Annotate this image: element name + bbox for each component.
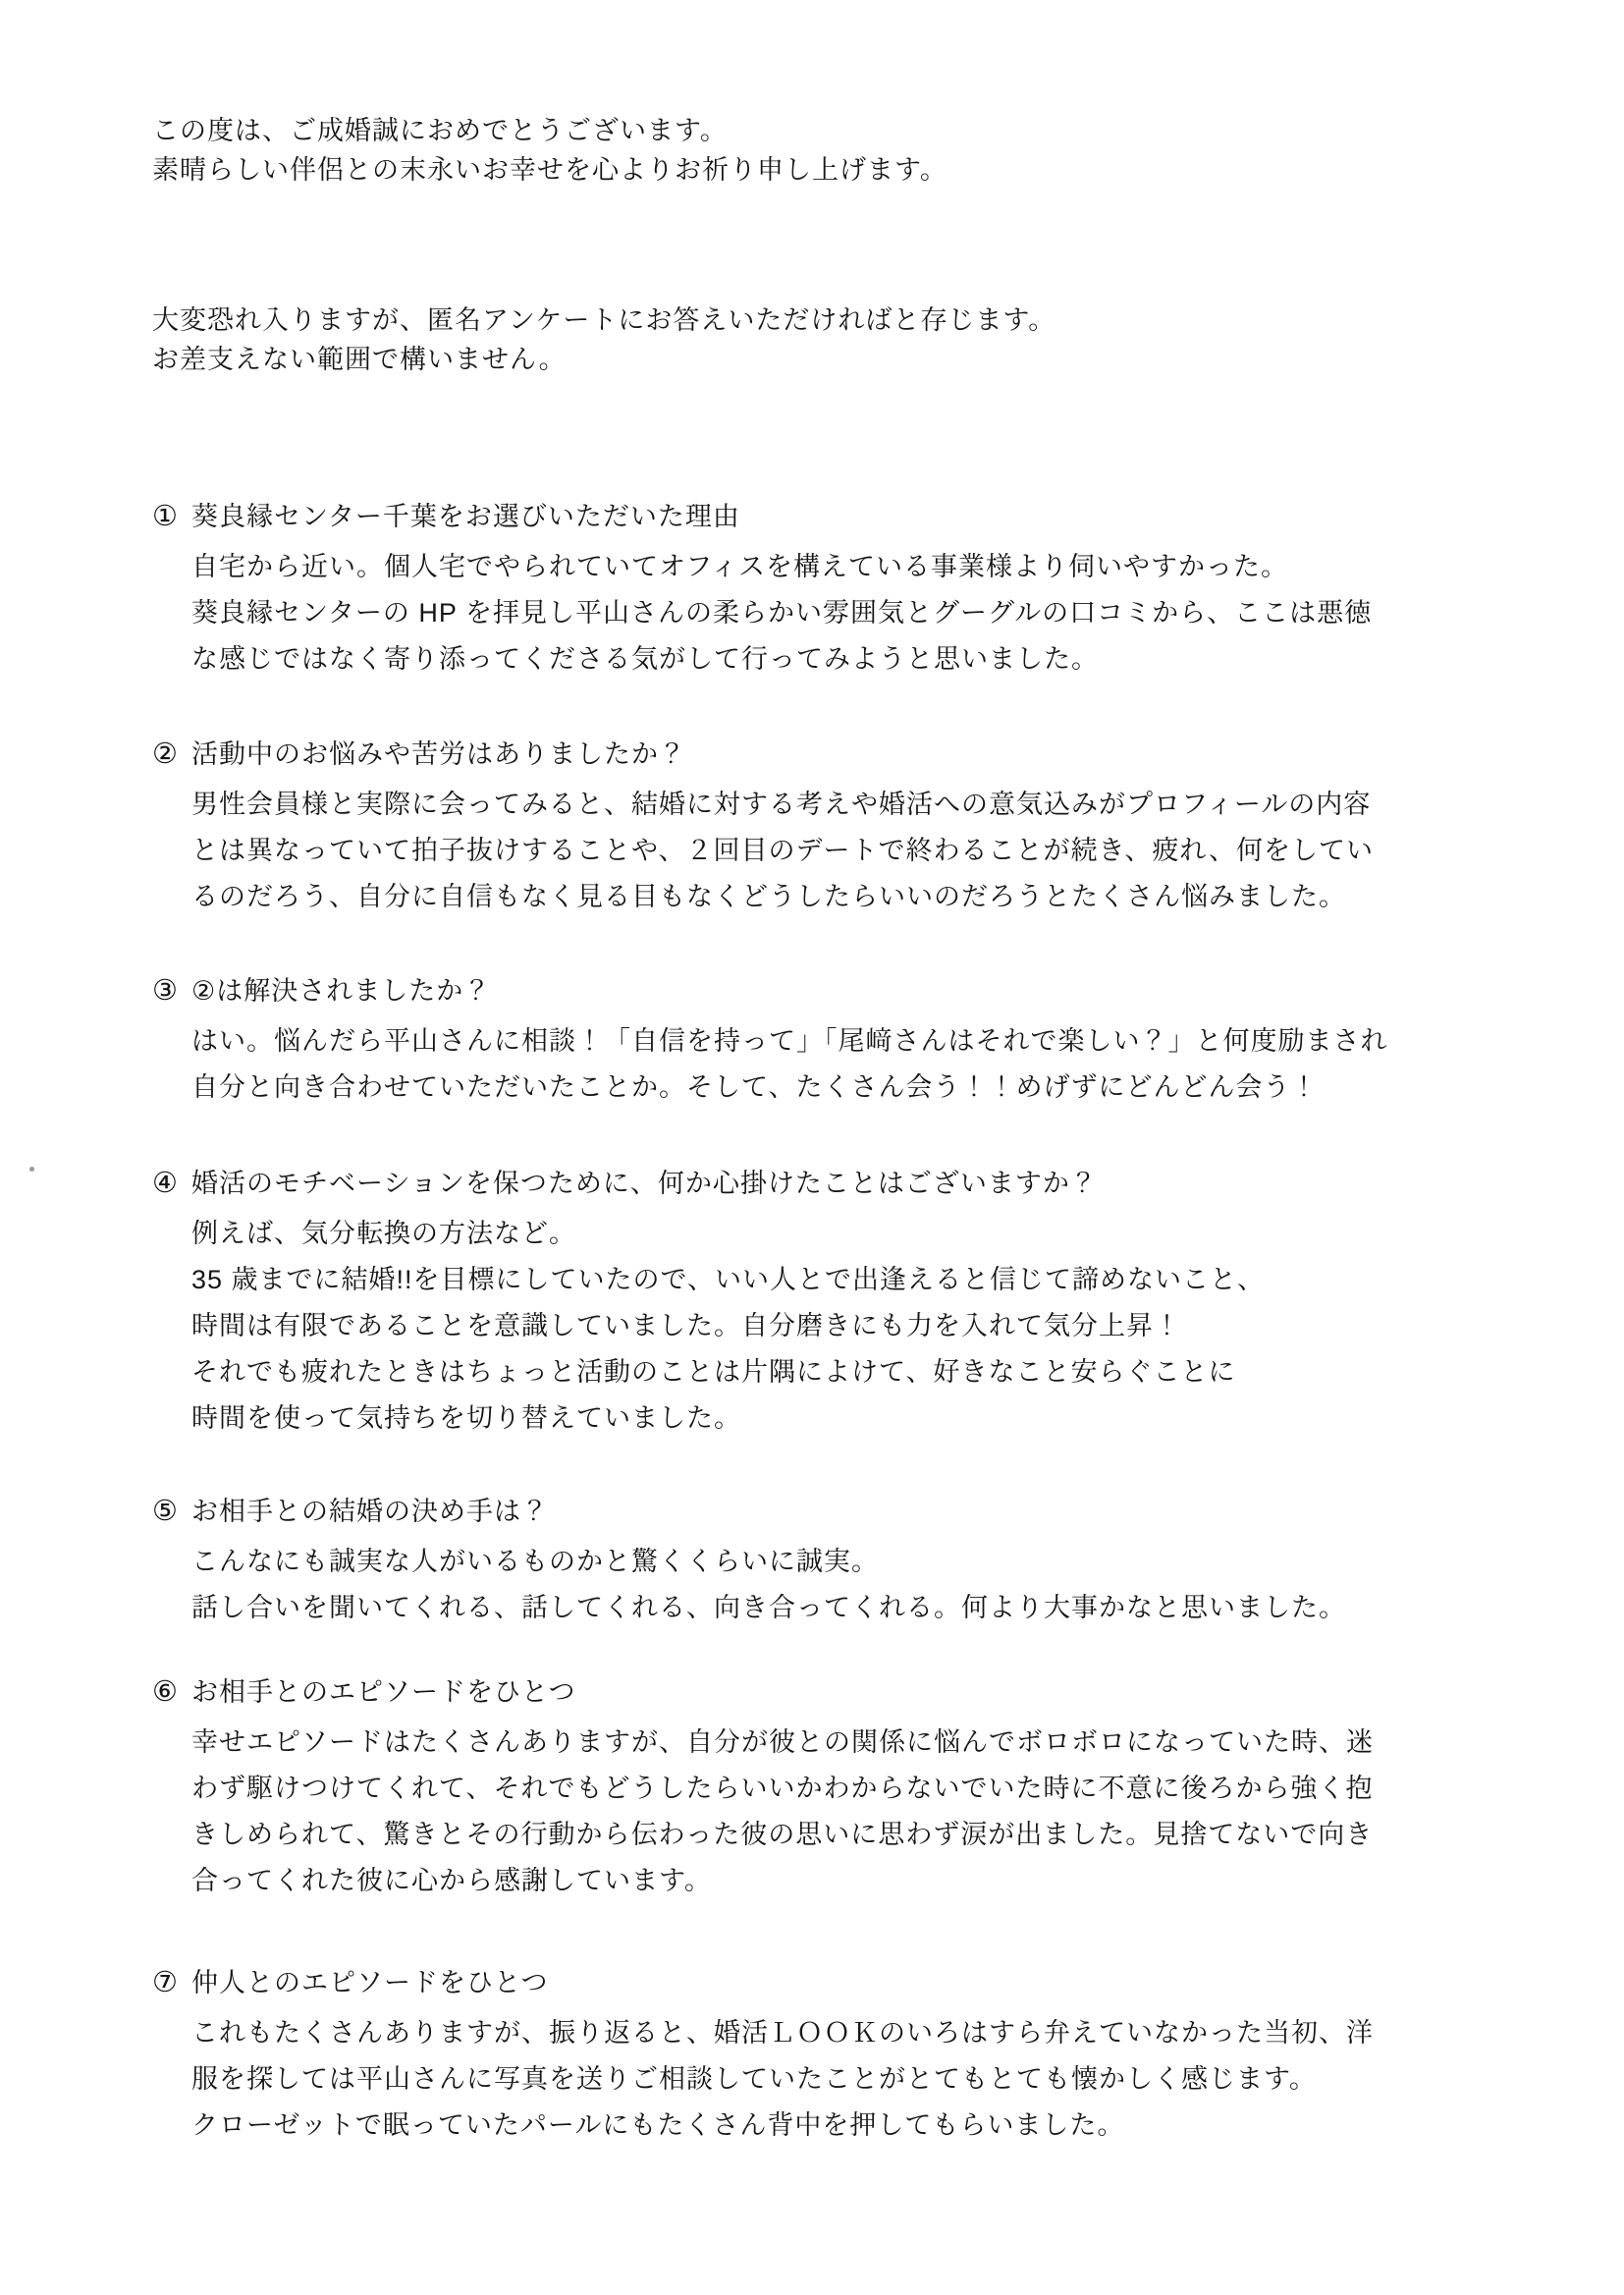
question-block-5: ⑤ お相手との結婚の決め手は？ こんなにも誠実な人がいるものかと驚くくらいに誠実… [152, 1489, 1346, 1631]
answer-line: これもたくさんありますが、振り返ると、婚活ＬＯＯＫのいろはすら弁えていなかった当… [191, 2010, 1374, 2056]
answer-line: な感じではなく寄り添ってくださる気がして行ってみようと思いました。 [191, 636, 1372, 683]
question-text: 仲人とのエピソードをひとつ [191, 1960, 548, 2006]
answer-line: 時間を使って気持ちを切り替えていました。 [191, 1395, 1265, 1442]
answer-line: 自宅から近い。個人宅でやられていてオフィスを構えている事業様より伺いやすかった。 [191, 544, 1372, 590]
question-text: 活動中のお悩みや苦労はありましたか？ [191, 732, 686, 778]
question-block-4: ④ 婚活のモチベーションを保つために、何か心掛けたことはございますか？ 例えば、… [152, 1161, 1265, 1442]
answer-line: 例えば、気分転換の方法など。 [191, 1211, 1265, 1257]
answer-line: 35 歳までに結婚!!を目標にしていたので、いい人とで出逢えると信じて諦めないこ… [191, 1257, 1265, 1303]
question-text: ②は解決されましたか？ [191, 968, 491, 1014]
question-block-3: ③ ②は解決されましたか？ はい。悩んだら平山さんに相談！「自信を持って」「尾﨑… [152, 968, 1388, 1111]
answer-line: 男性会員様と実際に会ってみると、結婚に対する考えや婚活への意気込みがプロフィール… [191, 782, 1374, 828]
question-text: お相手との結婚の決め手は？ [191, 1489, 549, 1535]
answer-line: 服を探しては平山さんに写真を送りご相談していたことがとてもとても懐かしく感じます… [191, 2056, 1374, 2103]
question-header: ⑦ 仲人とのエピソードをひとつ [152, 1960, 1374, 2006]
question-block-6: ⑥ お相手とのエピソードをひとつ 幸せエピソードはたくさんありますが、自分が彼と… [152, 1669, 1374, 1904]
question-number: ② [152, 732, 191, 778]
answer-line: はい。悩んだら平山さんに相談！「自信を持って」「尾﨑さんはそれで楽しい？」と何度… [191, 1018, 1388, 1065]
question-header: ⑤ お相手との結婚の決め手は？ [152, 1489, 1346, 1535]
answer-line: とは異なっていて拍子抜けすることや、２回目のデートで終わることが続き、疲れ、何を… [191, 828, 1374, 874]
answer-line: 話し合いを聞いてくれる、話してくれる、向き合ってくれる。何より大事かなと思いまし… [191, 1585, 1346, 1631]
question-block-2: ② 活動中のお悩みや苦労はありましたか？ 男性会員様と実際に会ってみると、結婚に… [152, 732, 1374, 920]
request-line: 大変恐れ入りますが、匿名アンケートにお答えいただければと存じます。 [152, 301, 1056, 340]
question-text: お相手とのエピソードをひとつ [191, 1669, 575, 1716]
congratulations-paragraph: この度は、ご成婚誠におめでとうございます。 素晴らしい伴侶との末永いお幸せを心よ… [152, 111, 947, 190]
question-text: 婚活のモチベーションを保つために、何か心掛けたことはございますか？ [191, 1161, 1098, 1207]
answer-line: それでも疲れたときはちょっと活動のことは片隅によけて、好きなこと安らぐことに [191, 1349, 1265, 1395]
question-text: 葵良縁センター千葉をお選びいただいた理由 [191, 494, 740, 540]
answer-line: クローゼットで眠っていたパールにもたくさん背中を押してもらいました。 [191, 2103, 1374, 2149]
answer-text: 幸せエピソードはたくさんありますが、自分が彼との関係に悩んでボロボロになっていた… [191, 1720, 1374, 1904]
survey-request-paragraph: 大変恐れ入りますが、匿名アンケートにお答えいただければと存じます。 お差支えない… [152, 301, 1056, 379]
question-header: ① 葵良縁センター千葉をお選びいただいた理由 [152, 494, 1372, 540]
answer-text: 自宅から近い。個人宅でやられていてオフィスを構えている事業様より伺いやすかった。… [191, 544, 1372, 683]
question-number: ⑥ [152, 1669, 191, 1716]
answer-line: 幸せエピソードはたくさんありますが、自分が彼との関係に悩んでボロボロになっていた… [191, 1720, 1374, 1766]
answer-text: 例えば、気分転換の方法など。 35 歳までに結婚!!を目標にしていたので、いい人… [191, 1211, 1265, 1442]
answer-line: わず駆けつけてくれて、それでもどうしたらいいかわからないでいた時に不意に後ろから… [191, 1766, 1374, 1812]
question-header: ③ ②は解決されましたか？ [152, 968, 1388, 1014]
answer-line: 合ってくれた彼に心から感謝しています。 [191, 1858, 1374, 1904]
scan-artifact-dot [29, 1167, 34, 1172]
answer-text: こんなにも誠実な人がいるものかと驚くくらいに誠実。 話し合いを聞いてくれる、話し… [191, 1539, 1346, 1631]
answer-text: これもたくさんありますが、振り返ると、婚活ＬＯＯＫのいろはすら弁えていなかった当… [191, 2010, 1374, 2149]
answer-line: 葵良縁センターの HP を拝見し平山さんの柔らかい雰囲気とグーグルの口コミから、… [191, 590, 1372, 636]
question-block-1: ① 葵良縁センター千葉をお選びいただいた理由 自宅から近い。個人宅でやられていて… [152, 494, 1372, 683]
question-number: ① [152, 494, 191, 540]
question-number: ③ [152, 968, 191, 1014]
question-header: ② 活動中のお悩みや苦労はありましたか？ [152, 732, 1374, 778]
answer-line: 自分と向き合わせていただいたことか。そして、たくさん会う！！めげずにどんどん会う… [191, 1065, 1388, 1111]
request-line: お差支えない範囲で構いません。 [152, 340, 1056, 379]
answer-text: はい。悩んだら平山さんに相談！「自信を持って」「尾﨑さんはそれで楽しい？」と何度… [191, 1018, 1388, 1111]
answer-line: こんなにも誠実な人がいるものかと驚くくらいに誠実。 [191, 1539, 1346, 1585]
question-number: ④ [152, 1161, 191, 1207]
answer-line: 時間は有限であることを意識していました。自分磨きにも力を入れて気分上昇！ [191, 1303, 1265, 1349]
question-number: ⑦ [152, 1960, 191, 2006]
question-block-7: ⑦ 仲人とのエピソードをひとつ これもたくさんありますが、振り返ると、婚活ＬＯＯ… [152, 1960, 1374, 2149]
answer-line: きしめられて、驚きとその行動から伝わった彼の思いに思わず涙が出ました。見捨てない… [191, 1812, 1374, 1858]
scanned-survey-page: この度は、ご成婚誠におめでとうございます。 素晴らしい伴侶との末永いお幸せを心よ… [0, 0, 1624, 2295]
question-header: ④ 婚活のモチベーションを保つために、何か心掛けたことはございますか？ [152, 1161, 1265, 1207]
intro-line: 素晴らしい伴侶との末永いお幸せを心よりお祈り申し上げます。 [152, 150, 947, 190]
answer-text: 男性会員様と実際に会ってみると、結婚に対する考えや婚活への意気込みがプロフィール… [191, 782, 1374, 920]
question-number: ⑤ [152, 1489, 191, 1535]
intro-line: この度は、ご成婚誠におめでとうございます。 [152, 111, 947, 150]
question-header: ⑥ お相手とのエピソードをひとつ [152, 1669, 1374, 1716]
answer-line: るのだろう、自分に自信もなく見る目もなくどうしたらいいのだろうとたくさん悩みまし… [191, 874, 1374, 920]
